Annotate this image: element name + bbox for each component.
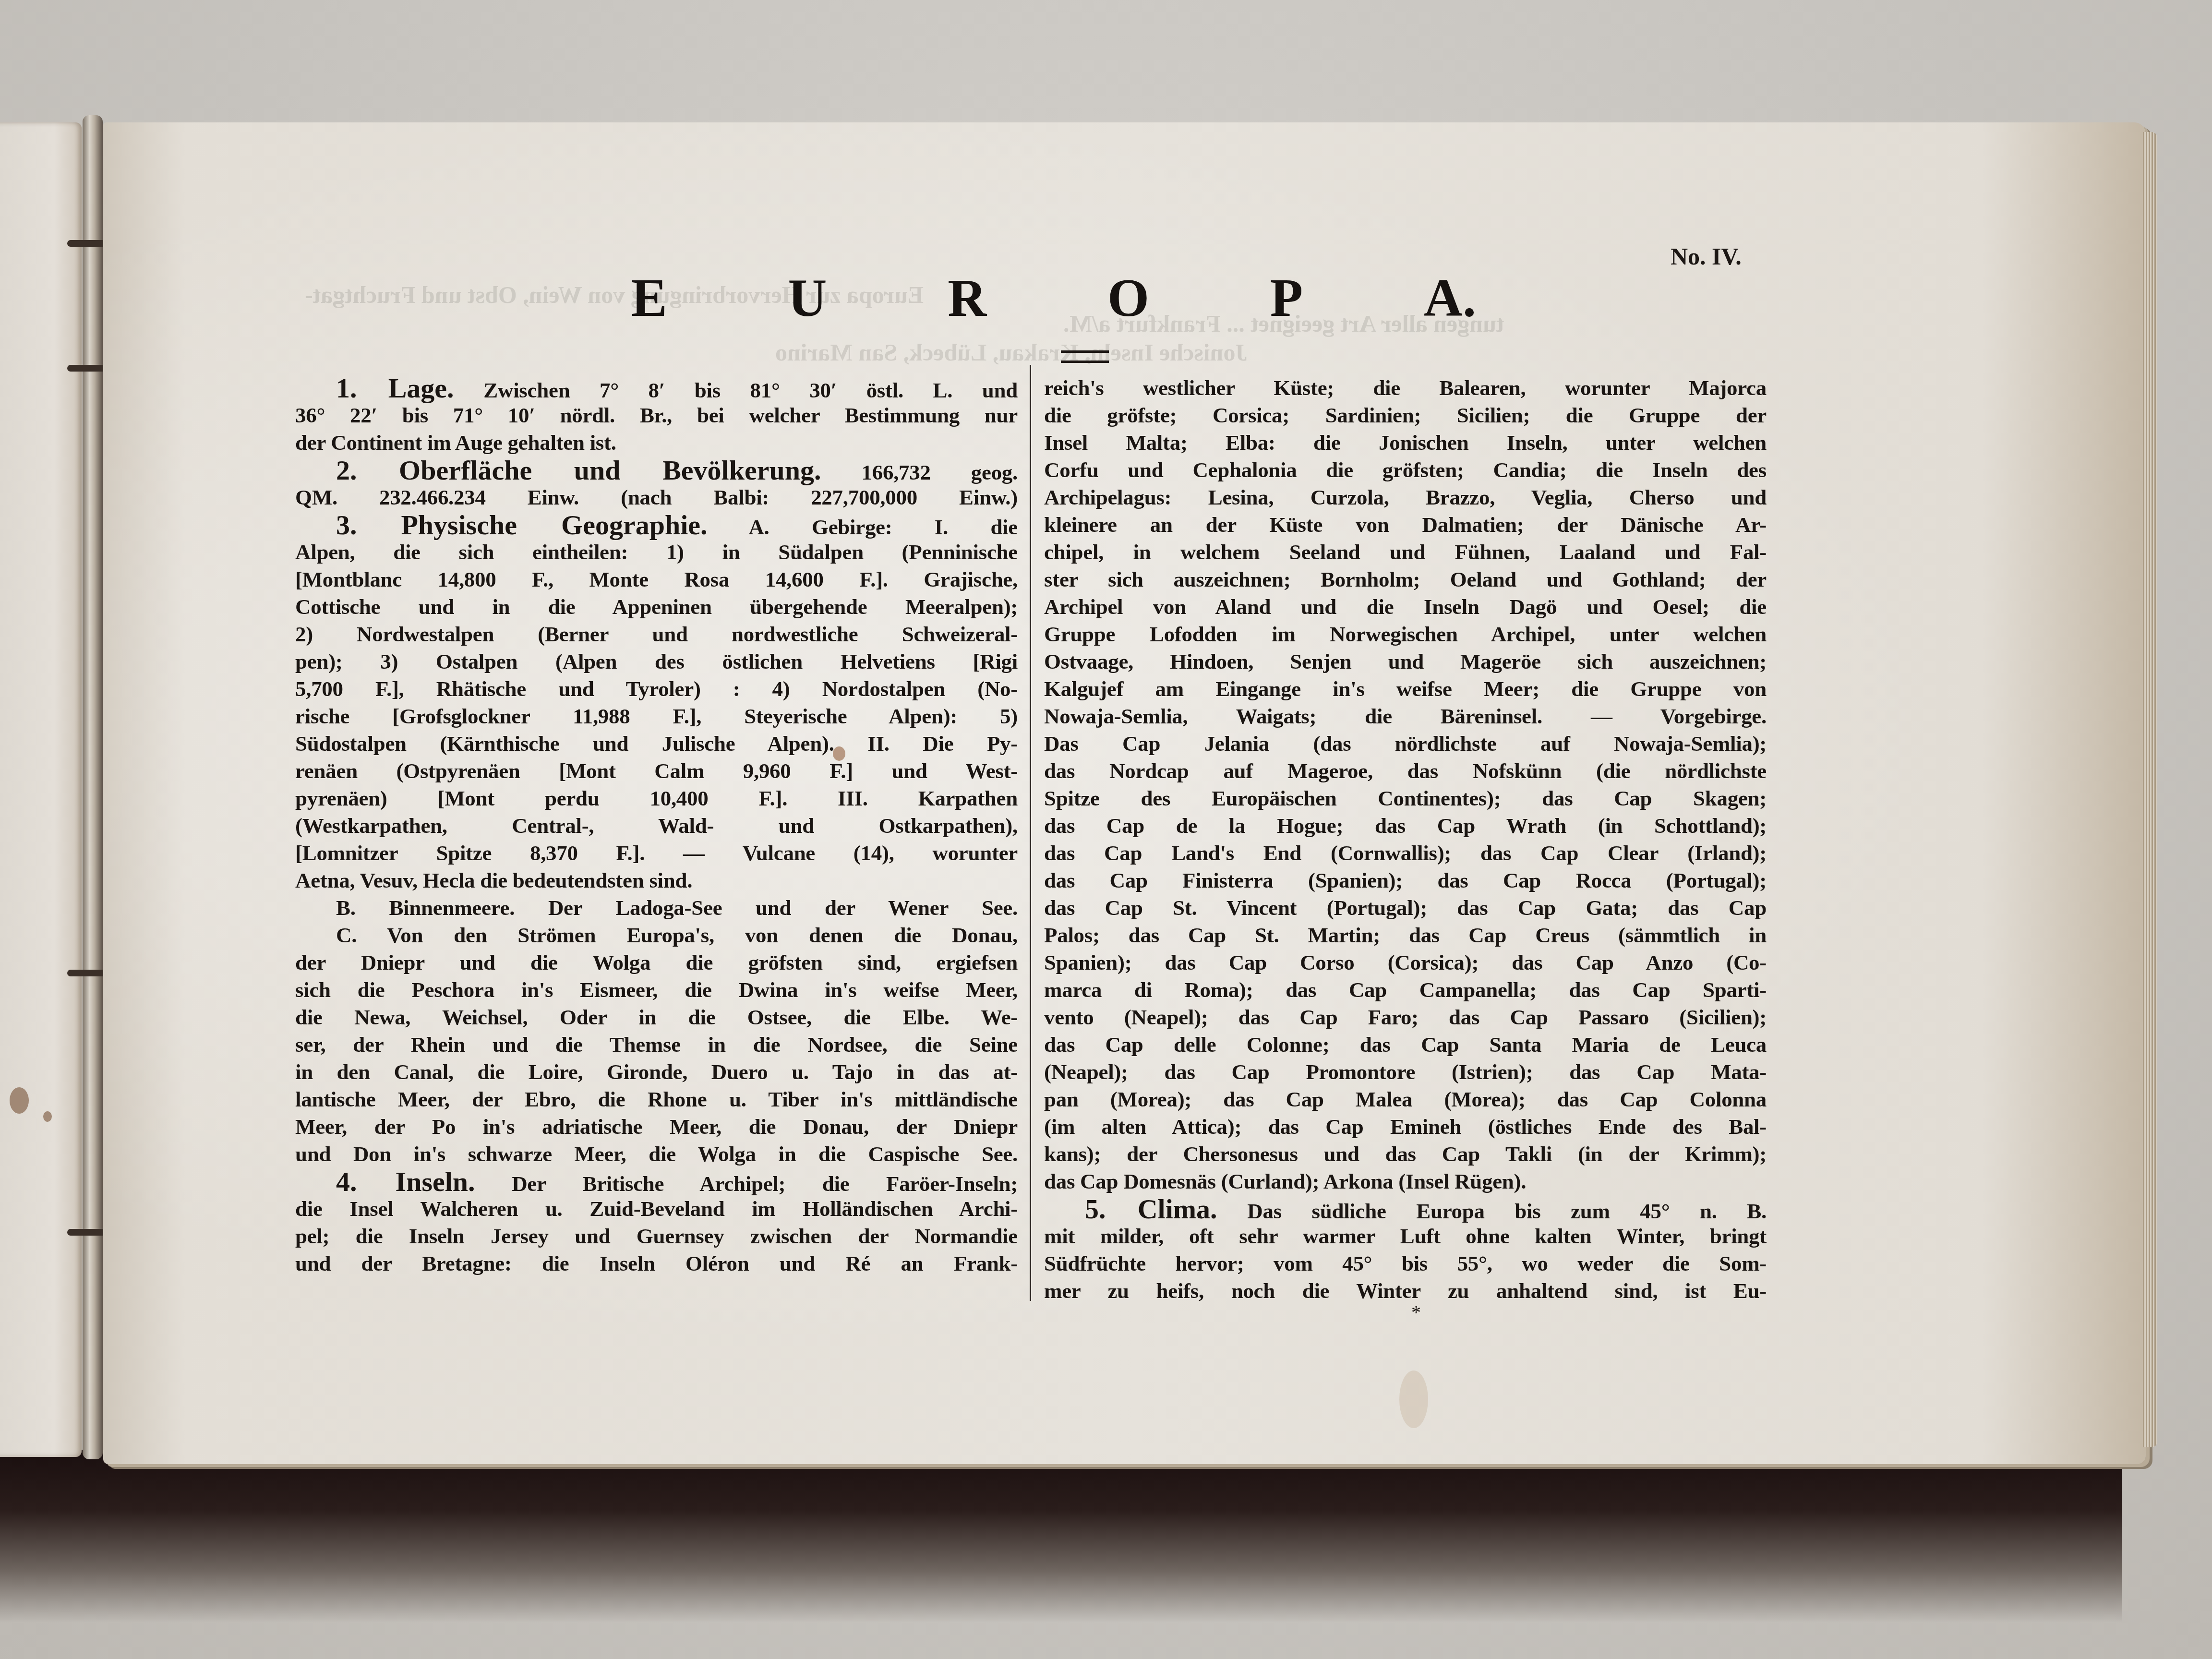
line-text: die gröfste; Corsica; Sardinien; Sicilie…	[1044, 403, 1767, 427]
text-line: Spitze des Europäischen Continentes); da…	[1044, 785, 1767, 812]
text-line: pyrenäen) [Mont perdu 10,400 F.]. III. K…	[295, 785, 1018, 812]
line-text: kans); der Chersonesus und das Cap Takli…	[1044, 1142, 1767, 1166]
text-line: der Dniepr und die Wolga die gröfsten si…	[295, 949, 1018, 976]
text-line: in den Canal, die Loire, Gironde, Duero …	[295, 1058, 1018, 1086]
line-text: pan (Morea); das Cap Malea (Morea); das …	[1044, 1087, 1767, 1111]
text-line: ster sich auszeichnen; Bornholm; Oeland …	[1044, 566, 1767, 593]
text-line: (Neapel); das Cap Promontore (Istrien); …	[1044, 1058, 1767, 1086]
line-text: A. Gebirge: I. die	[708, 515, 1018, 539]
page-title: E U R O P A.	[631, 271, 1476, 325]
text-line: der Continent im Auge gehalten ist.	[295, 429, 1018, 457]
line-text: (im alten Attica); das Cap Emineh (östli…	[1044, 1115, 1767, 1139]
line-text: und der Bretagne: die Inseln Oléron und …	[295, 1251, 1018, 1275]
stain	[1399, 1370, 1428, 1428]
text-line: Archipelagus: Lesina, Curzola, Brazzo, V…	[1044, 484, 1767, 511]
line-text: Gruppe Lofodden im Norwegischen Archipel…	[1044, 622, 1767, 646]
text-line: Aetna, Vesuv, Hecla die bedeutendsten si…	[295, 867, 1018, 894]
line-text: renäen (Ostpyrenäen [Mont Calm 9,960 F.]…	[295, 759, 1018, 783]
line-text: reich's westlicher Küste; die Balearen, …	[1044, 376, 1767, 400]
line-text: 5,700 F.], Rhätische und Tyroler) : 4) N…	[295, 677, 1018, 701]
text-line: renäen (Ostpyrenäen [Mont Calm 9,960 F.]…	[295, 757, 1018, 785]
text-line: mit milder, oft sehr warmer Luft ohne ka…	[1044, 1223, 1767, 1250]
table-shadow	[0, 1450, 2122, 1623]
text-line: Corfu und Cephalonia die gröfsten; Candi…	[1044, 457, 1767, 484]
text-line: Kalgujef am Eingange in's weifse Meer; d…	[1044, 675, 1767, 703]
text-line: marca di Roma); das Cap Campanella; das …	[1044, 976, 1767, 1004]
line-text: mit milder, oft sehr warmer Luft ohne ka…	[1044, 1224, 1767, 1248]
text-line: Südfrüchte hervor; vom 45° bis 55°, wo w…	[1044, 1250, 1767, 1277]
line-text: Archipelagus: Lesina, Curzola, Brazzo, V…	[1044, 485, 1767, 509]
bleed-through-text: Jonische Inseln, Krakau, Lübeck, San Mar…	[775, 338, 1248, 366]
text-line: das Cap Finisterra (Spanien); das Cap Ro…	[1044, 867, 1767, 894]
column-divider	[1030, 365, 1031, 1301]
text-line: 36° 22′ bis 71° 10′ nördl. Br., bei welc…	[295, 402, 1018, 429]
line-text: das Cap Domesnäs (Curland); Arkona (Inse…	[1044, 1169, 1526, 1193]
line-text: (Neapel); das Cap Promontore (Istrien); …	[1044, 1060, 1767, 1084]
line-text: Archipel von Aland und die Inseln Dagö u…	[1044, 595, 1767, 619]
text-line: [Lomnitzer Spitze 8,370 F.]. — Vulcane (…	[295, 840, 1018, 867]
line-text: Zwischen 7° 8′ bis 81° 30′ östl. L. und	[454, 378, 1018, 402]
text-line: mer zu heifs, noch die Winter zu anhalte…	[1044, 1277, 1767, 1305]
left-page-edge	[0, 122, 82, 1457]
title-letter: R	[948, 271, 986, 325]
line-text: pel; die Inseln Jersey und Guernsey zwis…	[295, 1224, 1018, 1248]
page-edges	[2143, 132, 2157, 1447]
line-text: 2) Nordwestalpen (Berner und nordwestlic…	[295, 622, 1018, 646]
signature-mark: *	[1411, 1301, 1421, 1323]
line-text: lantische Meer, der Ebro, die Rhone u. T…	[295, 1087, 1018, 1111]
line-text: Spitze des Europäischen Continentes); da…	[1044, 786, 1767, 810]
line-text: mer zu heifs, noch die Winter zu anhalte…	[1044, 1279, 1767, 1303]
line-text: 36° 22′ bis 71° 10′ nördl. Br., bei welc…	[295, 403, 1018, 427]
title-letter: A.	[1424, 271, 1476, 325]
text-line: reich's westlicher Küste; die Balearen, …	[1044, 374, 1767, 402]
line-text: die Insel Walcheren u. Zuid-Beveland im …	[295, 1197, 1018, 1221]
text-line: Archipel von Aland und die Inseln Dagö u…	[1044, 593, 1767, 621]
line-text: Alpen, die sich eintheilen: 1) in Südalp…	[295, 540, 1018, 564]
text-line: Das Cap Jelania (das nördlichste auf Now…	[1044, 730, 1767, 757]
book-binding	[83, 115, 103, 1459]
line-text: [Montblanc 14,800 F., Monte Rosa 14,600 …	[295, 567, 1018, 591]
line-text: chipel, in welchem Seeland und Fühnen, L…	[1044, 540, 1767, 564]
text-line: kleinere an der Küste von Dalmatien; der…	[1044, 511, 1767, 539]
line-text: und Don in's schwarze Meer, die Wolga in…	[295, 1142, 1018, 1166]
text-line: sich die Peschora in's Eismeer, die Dwin…	[295, 976, 1018, 1004]
line-text: pen); 3) Ostalpen (Alpen des östlichen H…	[295, 649, 1018, 673]
text-line: die Insel Walcheren u. Zuid-Beveland im …	[295, 1195, 1018, 1223]
line-text: Meer, der Po in's adriatische Meer, die …	[295, 1115, 1018, 1139]
line-text: das Cap de la Hogue; das Cap Wrath (in S…	[1044, 814, 1767, 838]
line-text: Corfu und Cephalonia die gröfsten; Candi…	[1044, 458, 1767, 482]
line-text: Südfrüchte hervor; vom 45° bis 55°, wo w…	[1044, 1251, 1767, 1275]
section-heading: 1. Lage.	[336, 373, 454, 404]
line-text: Cottische und in die Appeninen übergehen…	[295, 595, 1018, 619]
line-text: das Cap Land's End (Cornwallis); das Cap…	[1044, 841, 1767, 865]
text-line: die gröfste; Corsica; Sardinien; Sicilie…	[1044, 402, 1767, 429]
line-text: kleinere an der Küste von Dalmatien; der…	[1044, 513, 1767, 537]
text-line: B. Binnenmeere. Der Ladoga-See und der W…	[295, 894, 1018, 922]
line-text: vento (Neapel); das Cap Faro; das Cap Pa…	[1044, 1005, 1767, 1029]
text-line: das Cap St. Vincent (Portugal); das Cap …	[1044, 894, 1767, 922]
line-text: Der Britische Archipel; die Faröer-Insel…	[475, 1172, 1018, 1196]
line-text: Insel Malta; Elba: die Jonischen Inseln,…	[1044, 431, 1767, 455]
line-text: pyrenäen) [Mont perdu 10,400 F.]. III. K…	[295, 786, 1018, 810]
title-letter: E	[631, 271, 667, 325]
line-text: [Lomnitzer Spitze 8,370 F.]. — Vulcane (…	[295, 841, 1018, 865]
line-text: der Continent im Auge gehalten ist.	[295, 431, 616, 455]
text-line: 5. Clima. Das südliche Europa bis zum 45…	[1044, 1195, 1767, 1223]
title-letter: O	[1107, 271, 1149, 325]
section-heading: 3. Physische Geographie.	[336, 509, 708, 541]
line-text: ster sich auszeichnen; Bornholm; Oeland …	[1044, 567, 1767, 591]
line-text: marca di Roma); das Cap Campanella; das …	[1044, 978, 1767, 1002]
line-text: Ostvaage, Hindoen, Senjen und Mageröe si…	[1044, 649, 1767, 673]
text-line: vento (Neapel); das Cap Faro; das Cap Pa…	[1044, 1004, 1767, 1031]
left-text-column: 1. Lage. Zwischen 7° 8′ bis 81° 30′ östl…	[295, 374, 1018, 1277]
text-line: 3. Physische Geographie. A. Gebirge: I. …	[295, 511, 1018, 539]
book-page: Europa zur Hervorbringung von Wein, Obst…	[103, 122, 2146, 1464]
line-text: sich die Peschora in's Eismeer, die Dwin…	[295, 978, 1018, 1002]
text-line: die Newa, Weichsel, Oder in die Ostsee, …	[295, 1004, 1018, 1031]
text-line: Ostvaage, Hindoen, Senjen und Mageröe si…	[1044, 648, 1767, 675]
text-line: das Cap Domesnäs (Curland); Arkona (Inse…	[1044, 1168, 1767, 1195]
text-line: lantische Meer, der Ebro, die Rhone u. T…	[295, 1086, 1018, 1113]
text-line: Südostalpen (Kärnthische und Julische Al…	[295, 730, 1018, 757]
text-line: Spanien); das Cap Corso (Corsica); das C…	[1044, 949, 1767, 976]
text-line: Nowaja-Semlia, Waigats; die Bäreninsel. …	[1044, 703, 1767, 730]
right-text-column: reich's westlicher Küste; die Balearen, …	[1044, 374, 1767, 1305]
text-line: das Cap Land's End (Cornwallis); das Cap…	[1044, 840, 1767, 867]
text-line: 2) Nordwestalpen (Berner und nordwestlic…	[295, 621, 1018, 648]
text-line: und Don in's schwarze Meer, die Wolga in…	[295, 1141, 1018, 1168]
text-line: und der Bretagne: die Inseln Oléron und …	[295, 1250, 1018, 1277]
text-line: pen); 3) Ostalpen (Alpen des östlichen H…	[295, 648, 1018, 675]
line-text: C. Von den Strömen Europa's, von denen d…	[336, 923, 1018, 947]
page-number: No. IV.	[1671, 242, 1742, 270]
line-text: Südostalpen (Kärnthische und Julische Al…	[295, 732, 1018, 756]
line-text: das Cap delle Colonne; das Cap Santa Mar…	[1044, 1033, 1767, 1057]
text-line: kans); der Chersonesus und das Cap Takli…	[1044, 1141, 1767, 1168]
text-line: 1. Lage. Zwischen 7° 8′ bis 81° 30′ östl…	[295, 374, 1018, 402]
text-line: das Cap de la Hogue; das Cap Wrath (in S…	[1044, 812, 1767, 840]
text-line: Insel Malta; Elba: die Jonischen Inseln,…	[1044, 429, 1767, 457]
line-text: Das Cap Jelania (das nördlichste auf Now…	[1044, 732, 1767, 756]
title-double-rule	[1061, 350, 1109, 363]
line-text: Spanien); das Cap Corso (Corsica); das C…	[1044, 950, 1767, 974]
line-text: die Newa, Weichsel, Oder in die Ostsee, …	[295, 1005, 1018, 1029]
line-text: 166,732 geog.	[821, 460, 1018, 484]
section-heading: 2. Oberfläche und Bevölkerung.	[336, 455, 821, 486]
text-line: Alpen, die sich eintheilen: 1) in Südalp…	[295, 539, 1018, 566]
text-line: pel; die Inseln Jersey und Guernsey zwis…	[295, 1223, 1018, 1250]
text-line: Cottische und in die Appeninen übergehen…	[295, 593, 1018, 621]
line-text: Kalgujef am Eingange in's weifse Meer; d…	[1044, 677, 1767, 701]
text-line: das Nordcap auf Mageroe, das Nofskünn (d…	[1044, 757, 1767, 785]
title-letter: P	[1270, 271, 1303, 325]
section-heading: 5. Clima.	[1085, 1193, 1217, 1225]
line-text: B. Binnenmeere. Der Ladoga-See und der W…	[336, 896, 1018, 920]
text-line: 4. Inseln. Der Britische Archipel; die F…	[295, 1168, 1018, 1195]
text-line: 2. Oberfläche und Bevölkerung. 166,732 g…	[295, 457, 1018, 484]
stain	[10, 1087, 29, 1114]
text-line: [Montblanc 14,800 F., Monte Rosa 14,600 …	[295, 566, 1018, 593]
stain	[43, 1111, 52, 1122]
text-line: Meer, der Po in's adriatische Meer, die …	[295, 1113, 1018, 1141]
line-text: Nowaja-Semlia, Waigats; die Bäreninsel. …	[1044, 704, 1767, 728]
line-text: QM. 232.466.234 Einw. (nach Balbi: 227,7…	[295, 485, 1018, 509]
line-text: der Dniepr und die Wolga die gröfsten si…	[295, 950, 1018, 974]
text-line: Gruppe Lofodden im Norwegischen Archipel…	[1044, 621, 1767, 648]
line-text: in den Canal, die Loire, Gironde, Duero …	[295, 1060, 1018, 1084]
section-heading: 4. Inseln.	[336, 1166, 475, 1197]
line-text: Das südliche Europa bis zum 45° n. B.	[1217, 1199, 1767, 1223]
line-text: das Cap St. Vincent (Portugal); das Cap …	[1044, 896, 1767, 920]
line-text: ser, der Rhein und die Themse in die Nor…	[295, 1033, 1018, 1057]
text-line: 5,700 F.], Rhätische und Tyroler) : 4) N…	[295, 675, 1018, 703]
line-text: das Cap Finisterra (Spanien); das Cap Ro…	[1044, 868, 1767, 892]
text-line: QM. 232.466.234 Einw. (nach Balbi: 227,7…	[295, 484, 1018, 511]
text-line: (Westkarpathen, Central-, Wald- und Ostk…	[295, 812, 1018, 840]
text-line: das Cap delle Colonne; das Cap Santa Mar…	[1044, 1031, 1767, 1058]
line-text: Aetna, Vesuv, Hecla die bedeutendsten si…	[295, 868, 692, 892]
text-line: C. Von den Strömen Europa's, von denen d…	[295, 922, 1018, 949]
title-letter: U	[788, 271, 827, 325]
line-text: rische [Grofsglockner 11,988 F.], Steyer…	[295, 704, 1018, 728]
line-text: das Nordcap auf Mageroe, das Nofskünn (d…	[1044, 759, 1767, 783]
text-line: Palos; das Cap St. Martin; das Cap Creus…	[1044, 922, 1767, 949]
text-line: rische [Grofsglockner 11,988 F.], Steyer…	[295, 703, 1018, 730]
line-text: (Westkarpathen, Central-, Wald- und Ostk…	[295, 814, 1018, 838]
text-line: pan (Morea); das Cap Malea (Morea); das …	[1044, 1086, 1767, 1113]
line-text: Palos; das Cap St. Martin; das Cap Creus…	[1044, 923, 1767, 947]
text-line: (im alten Attica); das Cap Emineh (östli…	[1044, 1113, 1767, 1141]
text-line: chipel, in welchem Seeland und Fühnen, L…	[1044, 539, 1767, 566]
text-line: ser, der Rhein und die Themse in die Nor…	[295, 1031, 1018, 1058]
